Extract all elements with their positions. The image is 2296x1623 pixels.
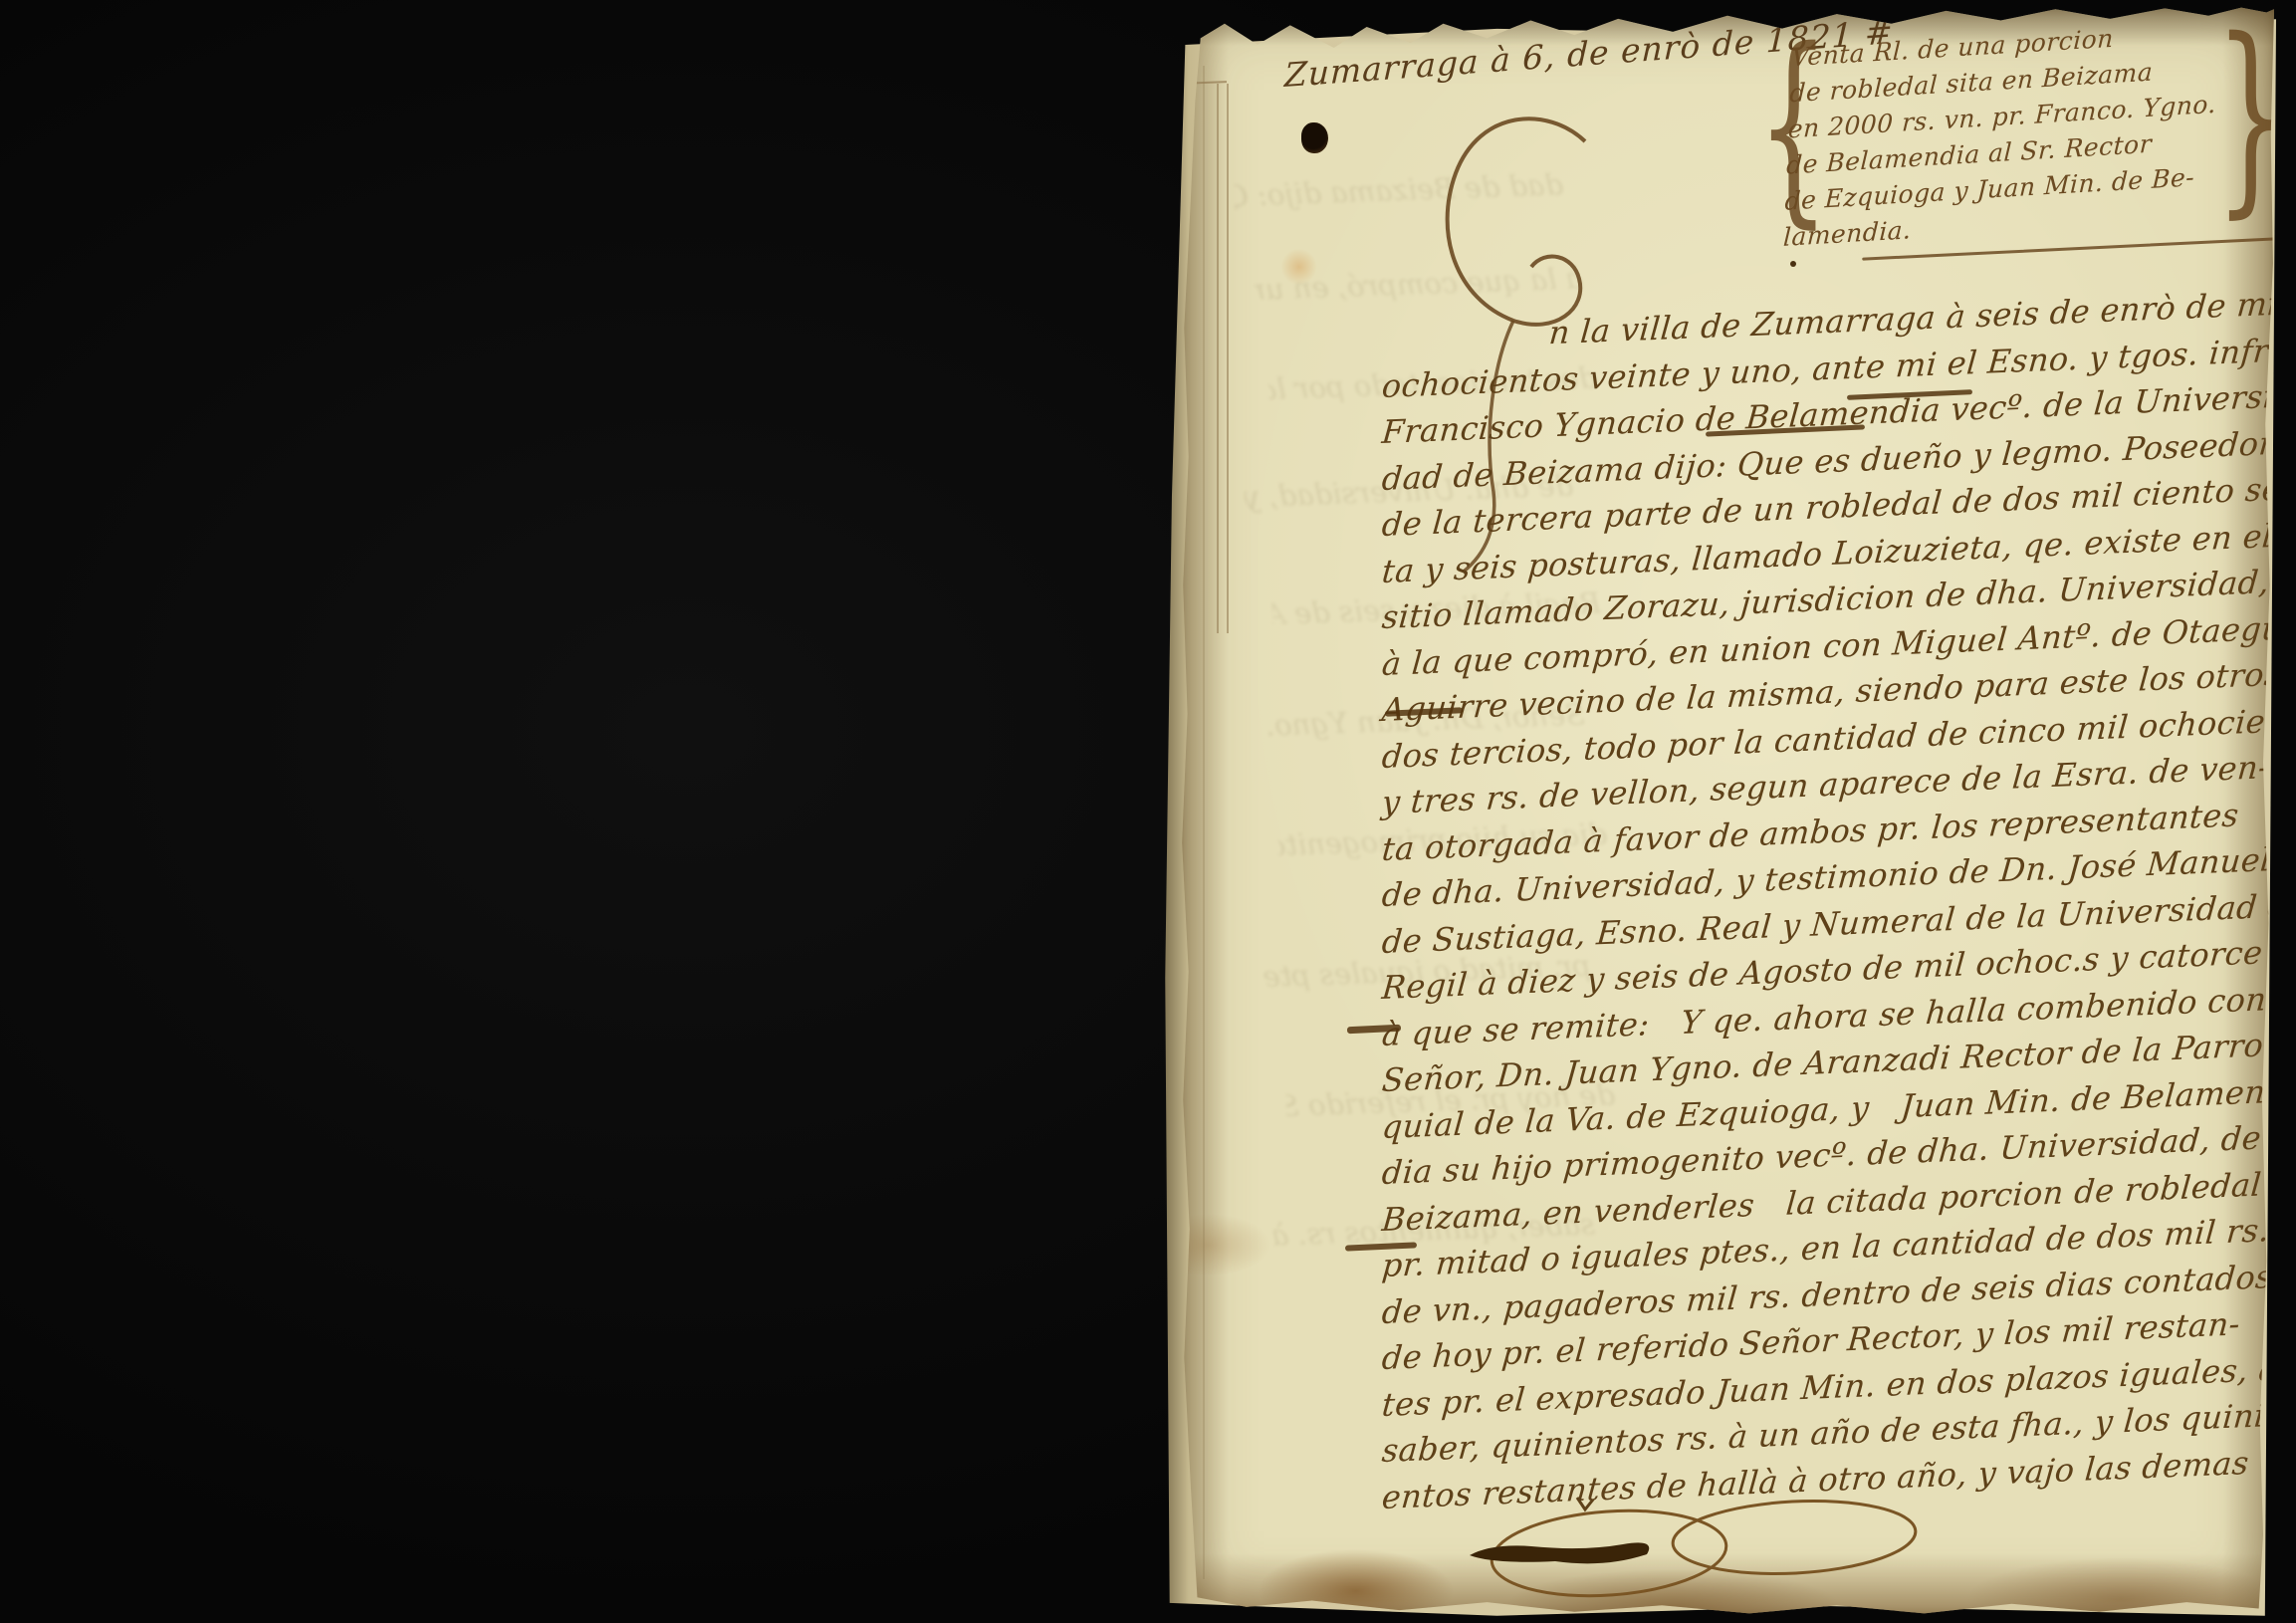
right-brace-icon: } xyxy=(2214,12,2287,219)
ink-hole-blot xyxy=(1301,122,1328,153)
fold-crease-line xyxy=(1203,66,1205,1579)
rubric-flourish xyxy=(1458,1494,1975,1613)
marginal-summary: Venta Rl. de una porcion de robledal sit… xyxy=(1782,16,2201,256)
manuscript-page: Zumarraga à 6, de enrò de 1821 # { Venta… xyxy=(1181,6,2274,1615)
rubric-ink-blot xyxy=(1470,1542,1649,1563)
photo-stage: Zumarraga à 6, de enrò de 1821 # { Venta… xyxy=(0,0,2296,1623)
ink-speck xyxy=(1790,261,1796,267)
margin-rule-double-line xyxy=(1217,84,1229,633)
deed-body-text: n la villa de Zumarraga à seis de enrò d… xyxy=(1382,317,2296,1520)
rubric-arrow-tick xyxy=(1577,1498,1593,1509)
rubric-loop-right xyxy=(1671,1496,1917,1580)
